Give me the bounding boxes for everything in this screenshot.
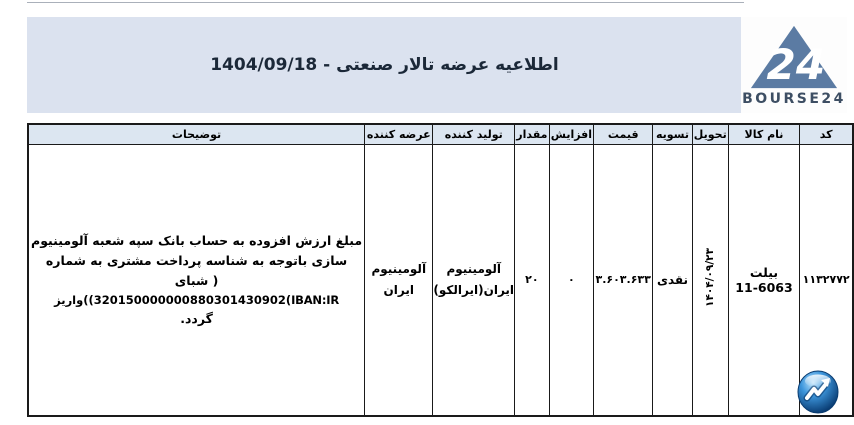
column-header-increase: افزایش	[549, 124, 593, 145]
producer-value: آلومینیوم ایران(ایرالکو)	[433, 262, 514, 296]
page-title: اطلاعیه عرضه تالار صنعتی - 1404/09/18	[210, 55, 559, 75]
table-row: ۱۱۳۲۷۷۲ بیلت 6063-11 ۱۴۰۴/۰۹/۲۳ نقدی ۳.۶…	[28, 145, 853, 416]
top-hairline	[27, 2, 744, 3]
cell-quantity: ۲۰	[515, 145, 550, 416]
cell-increase: ۰	[549, 145, 593, 416]
price-value: ۳.۶۰۳.۶۳۳	[595, 273, 650, 286]
bourse24-watermark-icon	[796, 370, 840, 414]
column-header-delivery: تحویل	[692, 124, 728, 145]
header-row: کد نام کالا تحویل تسویه قیمت افزایش مقدا…	[28, 124, 853, 145]
supplier-value: آلومینیوم ایران	[371, 262, 426, 296]
column-header-quantity: مقدار	[515, 124, 550, 145]
column-header-supplier: عرضه کننده	[365, 124, 433, 145]
product-name-value: بیلت 6063-11	[735, 265, 792, 295]
description-line-4-word: واریز	[54, 293, 83, 307]
announcement-banner: اطلاعیه عرضه تالار صنعتی - 1404/09/18	[27, 17, 742, 113]
logo-number: 24	[766, 40, 825, 89]
page: { "banner": { "title": "اطلاعیه عرضه تال…	[0, 0, 854, 425]
bourse24-logo[interactable]: 24 BOURSE24	[741, 17, 847, 113]
description-line-1: مبلغ ارزش افزوده به حساب بانک سپه شعبه آ…	[31, 231, 362, 251]
code-value: ۱۱۳۲۷۷۲	[803, 273, 850, 286]
description-line-3: شبای )	[31, 271, 362, 291]
description-line-4: واریز((320150000000880301430902(IBAN:IR	[31, 291, 362, 309]
bourse24-triangle-icon: 24	[748, 24, 840, 90]
description-line-5: گردد.	[31, 309, 362, 329]
description-line-2: سازی باتوجه به شناسه پرداخت مشتری به شما…	[31, 251, 362, 271]
column-header-producer: تولید کننده	[433, 124, 515, 145]
column-header-product: نام کالا	[728, 124, 800, 145]
increase-value: ۰	[568, 273, 575, 286]
column-header-price: قیمت	[594, 124, 653, 145]
quantity-value: ۲۰	[525, 273, 538, 286]
column-header-code: کد	[800, 124, 853, 145]
offer-table: کد نام کالا تحویل تسویه قیمت افزایش مقدا…	[27, 123, 854, 417]
cell-settlement: نقدی	[653, 145, 693, 416]
description-iban: ((320150000000880301430902(IBAN:IR	[83, 293, 339, 307]
cell-description: مبلغ ارزش افزوده به حساب بانک سپه شعبه آ…	[28, 145, 365, 416]
description-block: مبلغ ارزش افزوده به حساب بانک سپه شعبه آ…	[29, 231, 364, 329]
column-header-description: توضیحات	[28, 124, 365, 145]
logo-brand-text: BOURSE24	[742, 91, 846, 107]
cell-supplier: آلومینیوم ایران	[365, 145, 433, 416]
cell-producer: آلومینیوم ایران(ایرالکو)	[433, 145, 515, 416]
cell-product-name: بیلت 6063-11	[728, 145, 800, 416]
settlement-value: نقدی	[657, 273, 688, 287]
cell-price: ۳.۶۰۳.۶۳۳	[594, 145, 653, 416]
column-header-settlement: تسویه	[653, 124, 693, 145]
delivery-date-value: ۱۴۰۴/۰۹/۲۳	[704, 248, 716, 307]
cell-delivery: ۱۴۰۴/۰۹/۲۳	[692, 145, 728, 416]
